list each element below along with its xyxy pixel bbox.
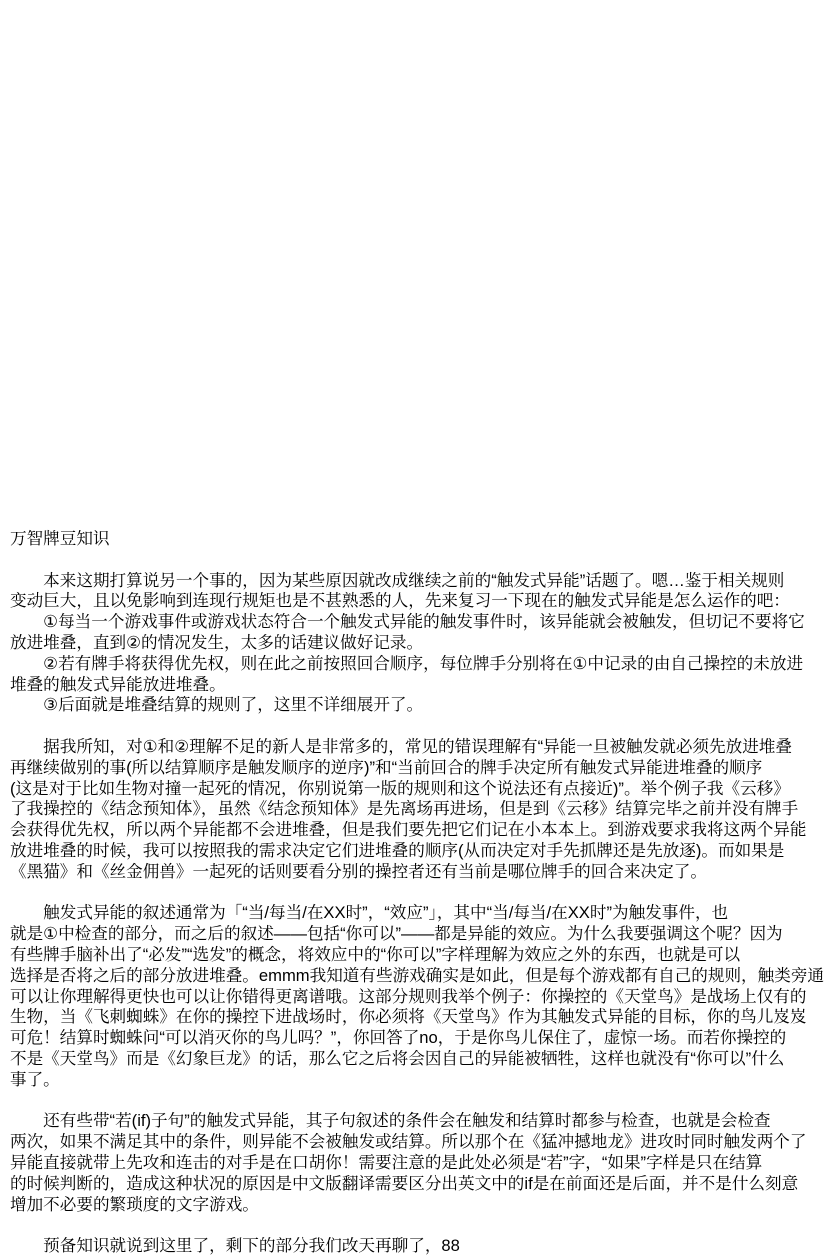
paragraph-if-clause: 还有些带“若(if)子句”的触发式异能，其子句叙述的条件会在触发和结算时都参与检… bbox=[10, 1111, 834, 1215]
paragraph-intro-rules: 本来这期打算说另一个事的，因为某些原因就改成继续之前的“触发式异能”话题了。嗯…… bbox=[10, 571, 834, 717]
paragraph-common-misunderstandings: 据我所知，对①和②理解不足的新人是非常多的，常见的错误理解有“异能一旦被触发就必… bbox=[10, 737, 834, 883]
page-title: 万智牌豆知识 bbox=[10, 529, 834, 550]
paragraph-trigger-wording: 触发式异能的叙述通常为「“当/每当/在XX时”，“效应”」，其中“当/每当/在X… bbox=[10, 903, 834, 1090]
paragraph-closing: 预备知识就说到这里了，剩下的部分我们改天再聊了，88 bbox=[10, 1236, 834, 1257]
article-body: 万智牌豆知识 本来这期打算说另一个事的，因为某些原因就改成继续之前的“触发式异能… bbox=[10, 529, 834, 1257]
